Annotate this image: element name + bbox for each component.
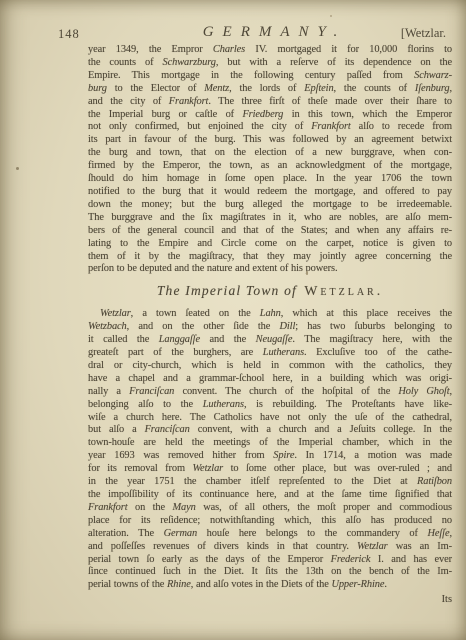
text-line: the impoſſibility of its continuance her… <box>88 489 452 502</box>
text-line: ſhould do him homage in ſome open place.… <box>88 173 452 186</box>
text-line: not only confirmed, but enjoined the cit… <box>88 121 452 134</box>
text-line: place for its reſidence; notwithſtanding… <box>88 515 452 528</box>
catchword: Its <box>442 594 452 605</box>
ink-speck <box>16 167 19 170</box>
section-heading-italic: The Imperial Town of <box>157 283 297 298</box>
text-line: Wetzbach, and on the other ſide the Dill… <box>88 321 452 334</box>
text-line: Wetzlar, a town ſeated on the Lahn, whic… <box>88 308 452 321</box>
text-line: wiſe a church here. The Catholics have n… <box>88 412 452 425</box>
text-line: have a chapel and a grammar-ſchool here,… <box>88 373 452 386</box>
text-line: and poſſeſſes revenues of divers kinds i… <box>88 541 452 554</box>
text-line: year 1693 was removed hither from Spire.… <box>88 450 452 463</box>
text-line: the Imperial burg or caſtle of Friedberg… <box>88 109 452 122</box>
text-line: ſince continued ſuch in the Diet. It ſit… <box>88 566 452 579</box>
text-line: in the year 1751 the chamber itſelf repr… <box>88 476 452 489</box>
text-line: it called the Langgaſſe and the Neugaſſe… <box>88 334 452 347</box>
text-line: greateſt part of the burghers, are Luthe… <box>88 347 452 360</box>
text-line: down the money; but the burg alleged the… <box>88 199 452 212</box>
text-line: lating to the Empire and Circle come on … <box>88 238 452 251</box>
text-line: Empire. This mortgage in the following c… <box>88 70 452 83</box>
catchword-row: Its <box>88 593 452 606</box>
text-line: notified to the burg that it would redee… <box>88 186 452 199</box>
text-line: nally a Franciſcan convent. The church o… <box>88 386 452 399</box>
text-line: them of it by the magiſtracy, that they … <box>88 251 452 264</box>
text-line: The burggrave and the ſix magiſtrates in… <box>88 212 452 225</box>
section-heading: The Imperial Town of Wetzlar. <box>88 283 452 299</box>
ink-speck <box>306 271 308 275</box>
text-line: alteration. The German houſe here belong… <box>88 528 452 541</box>
text-line: and the city of Frankfort. The three fir… <box>88 96 452 109</box>
page-number: 148 <box>58 27 80 42</box>
text-line: dral or city-church, which is held in co… <box>88 360 452 373</box>
text-line: the burg and town, that on the election … <box>88 147 452 160</box>
running-head-section: [Wetzlar. <box>401 26 446 41</box>
text-line: perſon to be deputed and the nature and … <box>88 263 452 276</box>
text-line: its part in favour of the burg. This was… <box>88 134 452 147</box>
paragraph-mortgage-history: year 1349, the Empror Charles IV. mortga… <box>88 44 452 276</box>
text-line: bers of the general council and that of … <box>88 225 452 238</box>
text-line: firmed by the Emperor, the town, as an a… <box>88 160 452 173</box>
text-line: burg to the Elector of Mentz, the lords … <box>88 83 452 96</box>
text-line: the counts of Schwarzburg, but with a re… <box>88 57 452 70</box>
text-line: Frankfort on the Mayn was, of all others… <box>88 502 452 515</box>
text-line: but alſo a Franciſcan convent, with a ch… <box>88 424 452 437</box>
paragraph-wetzlar-town: Wetzlar, a town ſeated on the Lahn, whic… <box>88 308 452 592</box>
running-title: GERMANY. <box>88 24 452 41</box>
text-line: perial town ſo early as the days of the … <box>88 554 452 567</box>
text-line: for its removal from Wetzlar to ſome oth… <box>88 463 452 476</box>
section-heading-smallcaps: Wetzlar. <box>304 283 383 298</box>
text-line: town-houſe are held the meetings of the … <box>88 437 452 450</box>
text-line: perial towns of the Rhine, and alſo vote… <box>88 579 452 592</box>
running-header: 148 GERMANY. [Wetzlar. <box>0 24 466 42</box>
text-block: year 1349, the Empror Charles IV. mortga… <box>88 44 452 606</box>
text-line: year 1349, the Empror Charles IV. mortga… <box>88 44 452 57</box>
text-line: belonging alſo to the Lutherans, is rebu… <box>88 399 452 412</box>
book-page-scan: 148 GERMANY. [Wetzlar. year 1349, the Em… <box>0 0 466 640</box>
ink-speck <box>330 15 332 17</box>
